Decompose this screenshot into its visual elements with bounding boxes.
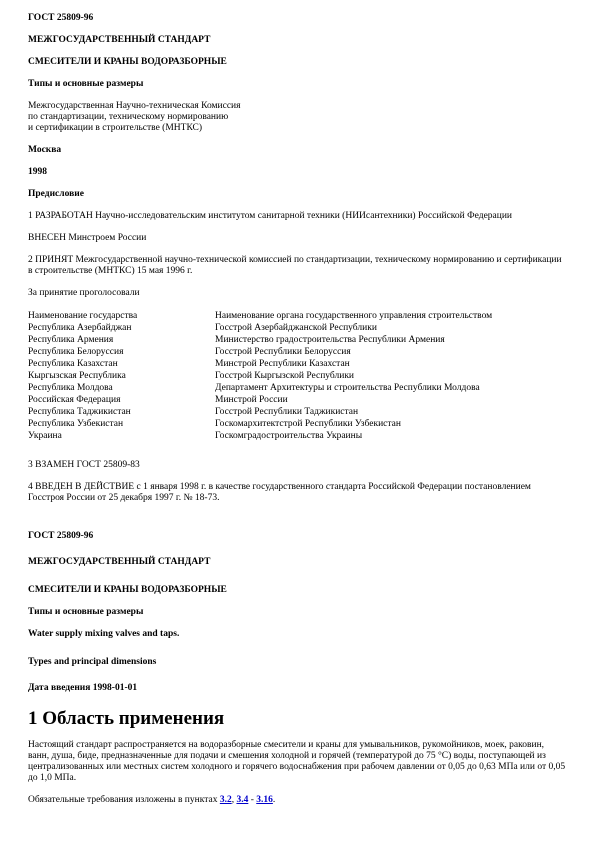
link-clause-3-16[interactable]: 3.16 [256, 795, 273, 805]
country-cell: Республика Таджикистан [28, 406, 215, 418]
agency-cell: Госстрой Республики Белоруссия [215, 346, 567, 358]
votes-intro: За принятие проголосовали [28, 288, 567, 299]
document-title-ru: СМЕСИТЕЛИ И КРАНЫ ВОДОРАЗБОРНЫЕ [28, 57, 567, 68]
agency-cell: Госкомградостроительства Украины [215, 430, 567, 442]
country-cell: Республика Казахстан [28, 358, 215, 370]
agency-cell: Госстрой Кыргызской Республики [215, 370, 567, 382]
table-body: Республика АзербайджанГосстрой Азербайдж… [28, 322, 567, 442]
document-subtitle-ru-repeat: Типы и основные размеры [28, 607, 567, 618]
agency-cell: Госстрой Республики Таджикистан [215, 406, 567, 418]
table-header-row: Наименование государства Наименование ор… [28, 310, 567, 322]
gost-code-repeat: ГОСТ 25809-96 [28, 531, 567, 542]
publication-year: 1998 [28, 167, 567, 178]
agency-cell: Министерство градостроительства Республи… [215, 334, 567, 346]
foreword-item-2: 2 ПРИНЯТ Межгосударственной научно-техни… [28, 255, 567, 277]
link-clause-3-4[interactable]: 3.4 [236, 795, 248, 805]
requirements-sentence: Обязательные требования изложены в пункт… [28, 795, 567, 806]
committee-line: Межгосударственная Научно-техническая Ко… [28, 101, 567, 112]
country-cell: Республика Узбекистан [28, 418, 215, 430]
publication-city: Москва [28, 145, 567, 156]
committee-line: по стандартизации, техническому нормиров… [28, 112, 567, 123]
section-1-paragraph: Настоящий стандарт распространяется на в… [28, 740, 567, 784]
table-row: Республика МолдоваДепартамент Архитектур… [28, 382, 567, 394]
table-row: Республика АзербайджанГосстрой Азербайдж… [28, 322, 567, 334]
country-cell: Республика Белоруссия [28, 346, 215, 358]
country-cell: Республика Армения [28, 334, 215, 346]
document-page: ГОСТ 25809-96 МЕЖГОСУДАРСТВЕННЫЙ СТАНДАР… [0, 0, 595, 837]
foreword-item-3: 3 ВЗАМЕН ГОСТ 25809-83 [28, 460, 567, 471]
table-row: Кыргызская РеспубликаГосстрой Кыргызской… [28, 370, 567, 382]
table-row: Республика ТаджикистанГосстрой Республик… [28, 406, 567, 418]
agency-cell: Минстрой России [215, 394, 567, 406]
country-cell: Украина [28, 430, 215, 442]
link-clause-3-2[interactable]: 3.2 [220, 795, 232, 805]
sentence-end: . [273, 795, 275, 805]
agency-cell: Госстрой Азербайджанской Республики [215, 322, 567, 334]
votes-table: Наименование государства Наименование ор… [28, 310, 567, 442]
document-title-ru-repeat: СМЕСИТЕЛИ И КРАНЫ ВОДОРАЗБОРНЫЕ [28, 585, 567, 596]
country-cell: Российская Федерация [28, 394, 215, 406]
foreword-title: Предисловие [28, 189, 567, 200]
section-1-heading: 1 Область применения [28, 707, 567, 730]
foreword-item-1b: ВНЕСЕН Минстроем России [28, 233, 567, 244]
column-header-agency: Наименование органа государственного упр… [215, 310, 567, 322]
requirements-prefix: Обязательные требования изложены в пункт… [28, 795, 220, 805]
table-row: Республика КазахстанМинстрой Республики … [28, 358, 567, 370]
table-row: УкраинаГоскомградостроительства Украины [28, 430, 567, 442]
country-cell: Республика Азербайджан [28, 322, 215, 334]
country-cell: Кыргызская Республика [28, 370, 215, 382]
table-row: Российская ФедерацияМинстрой России [28, 394, 567, 406]
country-cell: Республика Молдова [28, 382, 215, 394]
effective-date: Дата введения 1998-01-01 [28, 683, 567, 694]
document-subtitle-ru: Типы и основные размеры [28, 79, 567, 90]
table-row: Республика УзбекистанГоскомархитектстрой… [28, 418, 567, 430]
foreword-item-1: 1 РАЗРАБОТАН Научно-исследовательским ин… [28, 211, 567, 222]
table-row: Республика БелоруссияГосстрой Республики… [28, 346, 567, 358]
agency-cell: Госкомархитектстрой Республики Узбекиста… [215, 418, 567, 430]
document-subtitle-en: Types and principal dimensions [28, 657, 567, 668]
gost-code: ГОСТ 25809-96 [28, 13, 567, 24]
column-header-country: Наименование государства [28, 310, 215, 322]
agency-cell: Минстрой Республики Казахстан [215, 358, 567, 370]
foreword-item-4: 4 ВВЕДЕН В ДЕЙСТВИЕ с 1 января 1998 г. в… [28, 482, 567, 504]
agency-cell: Департамент Архитектуры и строительства … [215, 382, 567, 394]
table-row: Республика АрменияМинистерство градостро… [28, 334, 567, 346]
document-title-en: Water supply mixing valves and taps. [28, 629, 567, 640]
standard-type: МЕЖГОСУДАРСТВЕННЫЙ СТАНДАРТ [28, 35, 567, 46]
standard-type-repeat: МЕЖГОСУДАРСТВЕННЫЙ СТАНДАРТ [28, 557, 567, 568]
committee-line: и сертификации в строительстве (МНТКС) [28, 123, 567, 134]
